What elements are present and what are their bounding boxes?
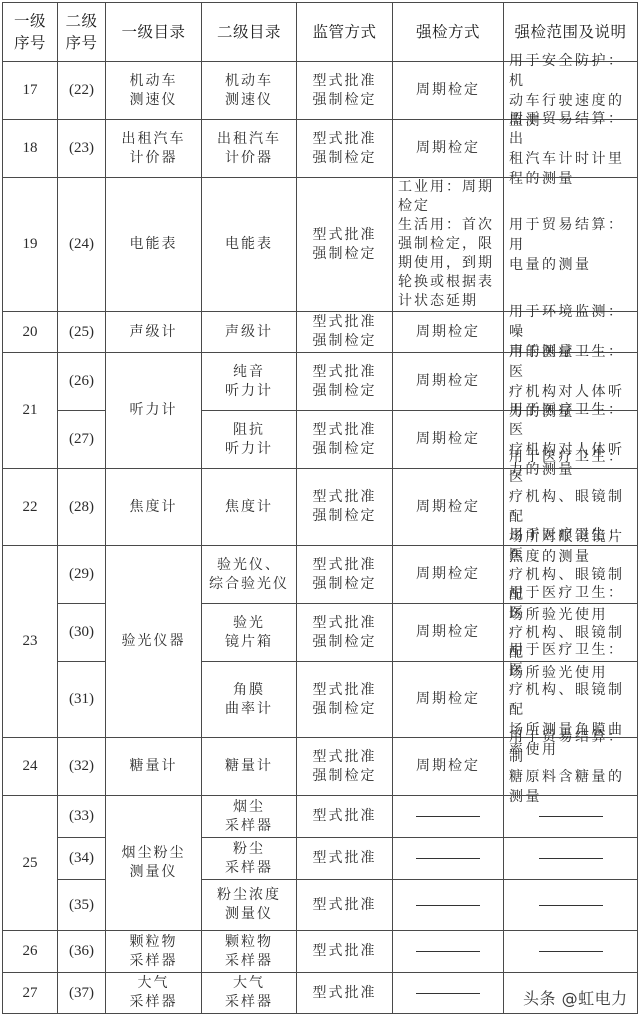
cell-text: 周期检定 <box>416 372 480 391</box>
cell-text: 型式批准 强制检定 <box>313 363 377 401</box>
cell-level1-number: 21 <box>2 352 58 469</box>
cell-text: 型式批准 强制检定 <box>313 681 377 719</box>
cell-level2-number: (25) <box>57 311 106 353</box>
cell-text: 23 <box>23 632 38 651</box>
cell-text: 出租汽车 计价器 <box>122 130 186 168</box>
cell-text: (37) <box>69 984 94 1003</box>
cell-text: (24) <box>69 235 94 254</box>
cell-text: 用于贸易结算：用 电量的测量 <box>509 215 634 275</box>
cell-level2-category: 机动车 测速仪 <box>201 61 297 120</box>
cell-supervision-method: 型式批准 <box>296 879 393 931</box>
cell-text: 22 <box>23 498 38 517</box>
cell-text: 周期检定 <box>416 498 480 517</box>
dash-placeholder <box>416 951 480 952</box>
cell-scope-description: 用于贸易结算：出 租汽车计时计里 程的测量 <box>503 119 638 178</box>
cell-level2-category: 糖量计 <box>201 737 297 796</box>
header-inspection-method: 强检方式 <box>392 2 504 62</box>
cell-text: (34) <box>69 849 94 868</box>
cell-text: (23) <box>69 139 94 158</box>
cell-text: 21 <box>23 401 38 420</box>
cell-supervision-method: 型式批准 <box>296 930 393 973</box>
cell-text: 型式批准 强制检定 <box>313 226 377 264</box>
cell-supervision-method: 型式批准 强制检定 <box>296 352 393 411</box>
cell-text: 声级计 <box>225 323 273 342</box>
cell-supervision-method: 型式批准 强制检定 <box>296 545 393 604</box>
dash-placeholder <box>539 858 603 859</box>
cell-level2-category: 大气 采样器 <box>201 972 297 1014</box>
cell-text: 26 <box>23 942 38 961</box>
cell-supervision-method: 型式批准 强制检定 <box>296 119 393 178</box>
cell-level2-category: 粉尘 采样器 <box>201 837 297 880</box>
watermark-text: 头条 @虹电力 <box>523 986 628 1009</box>
cell-text: 型式批准 <box>313 896 377 915</box>
cell-level2-number: (37) <box>57 972 106 1014</box>
cell-inspection-method: 周期检定 <box>392 119 504 178</box>
dash-placeholder <box>539 816 603 817</box>
cell-inspection-method: 周期检定 <box>392 737 504 796</box>
cell-level1-number: 23 <box>2 545 58 738</box>
cell-inspection-method: 周期检定 <box>392 352 504 411</box>
cell-level2-number: (31) <box>57 661 106 738</box>
cell-supervision-method: 型式批准 强制检定 <box>296 661 393 738</box>
cell-text: 角膜 曲率计 <box>225 681 273 719</box>
cell-level2-number: (35) <box>57 879 106 931</box>
cell-text: (30) <box>69 623 94 642</box>
cell-level1-number: 26 <box>2 930 58 973</box>
cell-level2-number: (32) <box>57 737 106 796</box>
cell-level2-category: 电能表 <box>201 177 297 312</box>
dash-placeholder <box>416 858 480 859</box>
cell-inspection-method <box>392 930 504 973</box>
cell-text: 周期检定 <box>416 757 480 776</box>
cell-level2-category: 焦度计 <box>201 468 297 546</box>
cell-level2-number: (33) <box>57 795 106 838</box>
cell-inspection-method: 工业用：周期 检定 生活用：首次 强制检定，限 期使用，到期 轮换或根据表 计状… <box>392 177 504 312</box>
cell-level2-category: 纯音 听力计 <box>201 352 297 411</box>
cell-level1-category: 出租汽车 计价器 <box>105 119 202 178</box>
cell-level2-category: 颗粒物 采样器 <box>201 930 297 973</box>
header-level2-category: 二级目录 <box>201 2 297 62</box>
cell-text: 烟尘粉尘 测量仪 <box>122 844 186 882</box>
cell-level2-number: (28) <box>57 468 106 546</box>
cell-supervision-method: 型式批准 强制检定 <box>296 468 393 546</box>
cell-text: 型式批准 <box>313 807 377 826</box>
cell-text: 焦度计 <box>130 498 178 517</box>
cell-text: 型式批准 强制检定 <box>313 488 377 526</box>
cell-inspection-method <box>392 837 504 880</box>
cell-level1-number: 19 <box>2 177 58 312</box>
cell-level2-category: 验光 镜片箱 <box>201 603 297 662</box>
cell-text: 型式批准 强制检定 <box>313 748 377 786</box>
cell-level1-number: 17 <box>2 61 58 120</box>
cell-text: (22) <box>69 81 94 100</box>
cell-level1-number: 25 <box>2 795 58 931</box>
cell-level2-number: (36) <box>57 930 106 973</box>
cell-level2-category: 声级计 <box>201 311 297 353</box>
cell-text: 型式批准 <box>313 984 377 1003</box>
cell-text: 17 <box>23 81 38 100</box>
cell-inspection-method: 周期检定 <box>392 410 504 469</box>
cell-text: 27 <box>23 984 38 1003</box>
cell-supervision-method: 型式批准 <box>296 972 393 1014</box>
cell-text: 19 <box>23 235 38 254</box>
cell-text: 颗粒物 采样器 <box>225 933 273 971</box>
cell-text: 验光仪、 综合验光仪 <box>209 556 289 594</box>
cell-level1-number: 24 <box>2 737 58 796</box>
cell-text: 糖量计 <box>225 757 273 776</box>
cell-text: 糖量计 <box>130 757 178 776</box>
cell-level2-category: 验光仪、 综合验光仪 <box>201 545 297 604</box>
cell-text: 声级计 <box>130 323 178 342</box>
cell-level2-number: (27) <box>57 410 106 469</box>
cell-level2-number: (26) <box>57 352 106 411</box>
cell-text: 纯音 听力计 <box>225 363 273 401</box>
metrology-catalog-table: 一级 序号二级 序号一级目录二级目录监管方式强检方式强检范围及说明17(22)机… <box>0 0 640 1022</box>
dash-placeholder <box>416 905 480 906</box>
cell-level1-category: 大气 采样器 <box>105 972 202 1014</box>
cell-text: 型式批准 强制检定 <box>313 556 377 594</box>
cell-level2-category: 阻抗 听力计 <box>201 410 297 469</box>
dash-placeholder <box>416 816 480 817</box>
cell-text: (28) <box>69 498 94 517</box>
cell-inspection-method: 周期检定 <box>392 311 504 353</box>
cell-text: 电能表 <box>225 235 273 254</box>
cell-supervision-method: 型式批准 强制检定 <box>296 410 393 469</box>
cell-level2-category: 粉尘浓度 测量仪 <box>201 879 297 931</box>
cell-text: (27) <box>69 430 94 449</box>
cell-text: 周期检定 <box>416 690 480 709</box>
cell-text: 型式批准 强制检定 <box>313 614 377 652</box>
cell-level2-number: (22) <box>57 61 106 120</box>
cell-inspection-method: 周期检定 <box>392 603 504 662</box>
cell-level1-category: 声级计 <box>105 311 202 353</box>
cell-text: (35) <box>69 896 94 915</box>
cell-inspection-method: 周期检定 <box>392 61 504 120</box>
cell-text: 工业用：周期 检定 生活用：首次 强制检定，限 期使用，到期 轮换或根据表 计状… <box>398 178 494 311</box>
cell-level1-category: 烟尘粉尘 测量仪 <box>105 795 202 931</box>
cell-supervision-method: 型式批准 强制检定 <box>296 177 393 312</box>
cell-text: 验光仪器 <box>122 632 186 651</box>
cell-level2-number: (30) <box>57 603 106 662</box>
cell-level2-number: (24) <box>57 177 106 312</box>
cell-text: 周期检定 <box>416 81 480 100</box>
cell-text: 颗粒物 采样器 <box>130 933 178 971</box>
cell-inspection-method <box>392 972 504 1014</box>
cell-inspection-method <box>392 879 504 931</box>
cell-text: 型式批准 强制检定 <box>313 421 377 459</box>
cell-level1-category: 电能表 <box>105 177 202 312</box>
cell-text: (33) <box>69 807 94 826</box>
cell-inspection-method <box>392 795 504 838</box>
cell-text: (31) <box>69 690 94 709</box>
cell-text: 机动车 测速仪 <box>130 72 178 110</box>
cell-text: (32) <box>69 757 94 776</box>
cell-text: 大气 采样器 <box>130 974 178 1012</box>
cell-text: 型式批准 强制检定 <box>313 72 377 110</box>
cell-text: 验光 镜片箱 <box>225 614 273 652</box>
cell-text: 型式批准 <box>313 942 377 961</box>
cell-scope-description <box>503 837 638 880</box>
cell-text: 粉尘浓度 测量仪 <box>217 886 281 924</box>
cell-level1-category: 听力计 <box>105 352 202 469</box>
cell-text: 阻抗 听力计 <box>225 421 273 459</box>
cell-level1-category: 机动车 测速仪 <box>105 61 202 120</box>
dash-placeholder <box>539 905 603 906</box>
cell-level1-number: 22 <box>2 468 58 546</box>
cell-level2-category: 角膜 曲率计 <box>201 661 297 738</box>
cell-text: 型式批准 <box>313 849 377 868</box>
cell-text: 粉尘 采样器 <box>225 840 273 878</box>
cell-text: 焦度计 <box>225 498 273 517</box>
cell-text: 周期检定 <box>416 565 480 584</box>
cell-supervision-method: 型式批准 <box>296 795 393 838</box>
cell-text: 机动车 测速仪 <box>225 72 273 110</box>
cell-text: 18 <box>23 139 38 158</box>
cell-inspection-method: 周期检定 <box>392 661 504 738</box>
cell-level1-number: 20 <box>2 311 58 353</box>
cell-text: 型式批准 强制检定 <box>313 130 377 168</box>
cell-text: (36) <box>69 942 94 961</box>
cell-supervision-method: 型式批准 强制检定 <box>296 737 393 796</box>
cell-text: 电能表 <box>130 235 178 254</box>
cell-text: 20 <box>23 323 38 342</box>
cell-level1-number: 18 <box>2 119 58 178</box>
cell-scope-description <box>503 930 638 973</box>
header-level1-number: 一级 序号 <box>2 2 58 62</box>
cell-scope-description <box>503 879 638 931</box>
cell-level2-number: (29) <box>57 545 106 604</box>
cell-level1-category: 验光仪器 <box>105 545 202 738</box>
cell-text: 周期检定 <box>416 323 480 342</box>
cell-inspection-method: 周期检定 <box>392 468 504 546</box>
cell-level2-category: 出租汽车 计价器 <box>201 119 297 178</box>
cell-supervision-method: 型式批准 强制检定 <box>296 603 393 662</box>
cell-text: 大气 采样器 <box>225 974 273 1012</box>
cell-text: 听力计 <box>130 401 178 420</box>
cell-supervision-method: 型式批准 强制检定 <box>296 311 393 353</box>
dash-placeholder <box>539 951 603 952</box>
cell-level1-category: 焦度计 <box>105 468 202 546</box>
header-supervision-method: 监管方式 <box>296 2 393 62</box>
cell-supervision-method: 型式批准 强制检定 <box>296 61 393 120</box>
cell-level1-number: 27 <box>2 972 58 1014</box>
cell-text: 25 <box>23 854 38 873</box>
cell-text: 周期检定 <box>416 623 480 642</box>
cell-level1-category: 颗粒物 采样器 <box>105 930 202 973</box>
cell-scope-description <box>503 795 638 838</box>
cell-text: 出租汽车 计价器 <box>217 130 281 168</box>
cell-text: 24 <box>23 757 38 776</box>
cell-level2-number: (34) <box>57 837 106 880</box>
cell-inspection-method: 周期检定 <box>392 545 504 604</box>
cell-level2-number: (23) <box>57 119 106 178</box>
cell-scope-description: 用于贸易结算：制 糖原料含糖量的 测量 <box>503 737 638 796</box>
header-level2-number: 二级 序号 <box>57 2 106 62</box>
cell-text: (26) <box>69 372 94 391</box>
cell-text: 烟尘 采样器 <box>225 798 273 836</box>
cell-level1-category: 糖量计 <box>105 737 202 796</box>
cell-text: (29) <box>69 565 94 584</box>
dash-placeholder <box>416 993 480 994</box>
header-level1-category: 一级目录 <box>105 2 202 62</box>
cell-text: (25) <box>69 323 94 342</box>
cell-supervision-method: 型式批准 <box>296 837 393 880</box>
cell-text: 型式批准 强制检定 <box>313 313 377 351</box>
cell-text: 周期检定 <box>416 139 480 158</box>
cell-level2-category: 烟尘 采样器 <box>201 795 297 838</box>
cell-scope-description: 用于贸易结算：用 电量的测量 <box>503 177 638 312</box>
cell-text: 周期检定 <box>416 430 480 449</box>
